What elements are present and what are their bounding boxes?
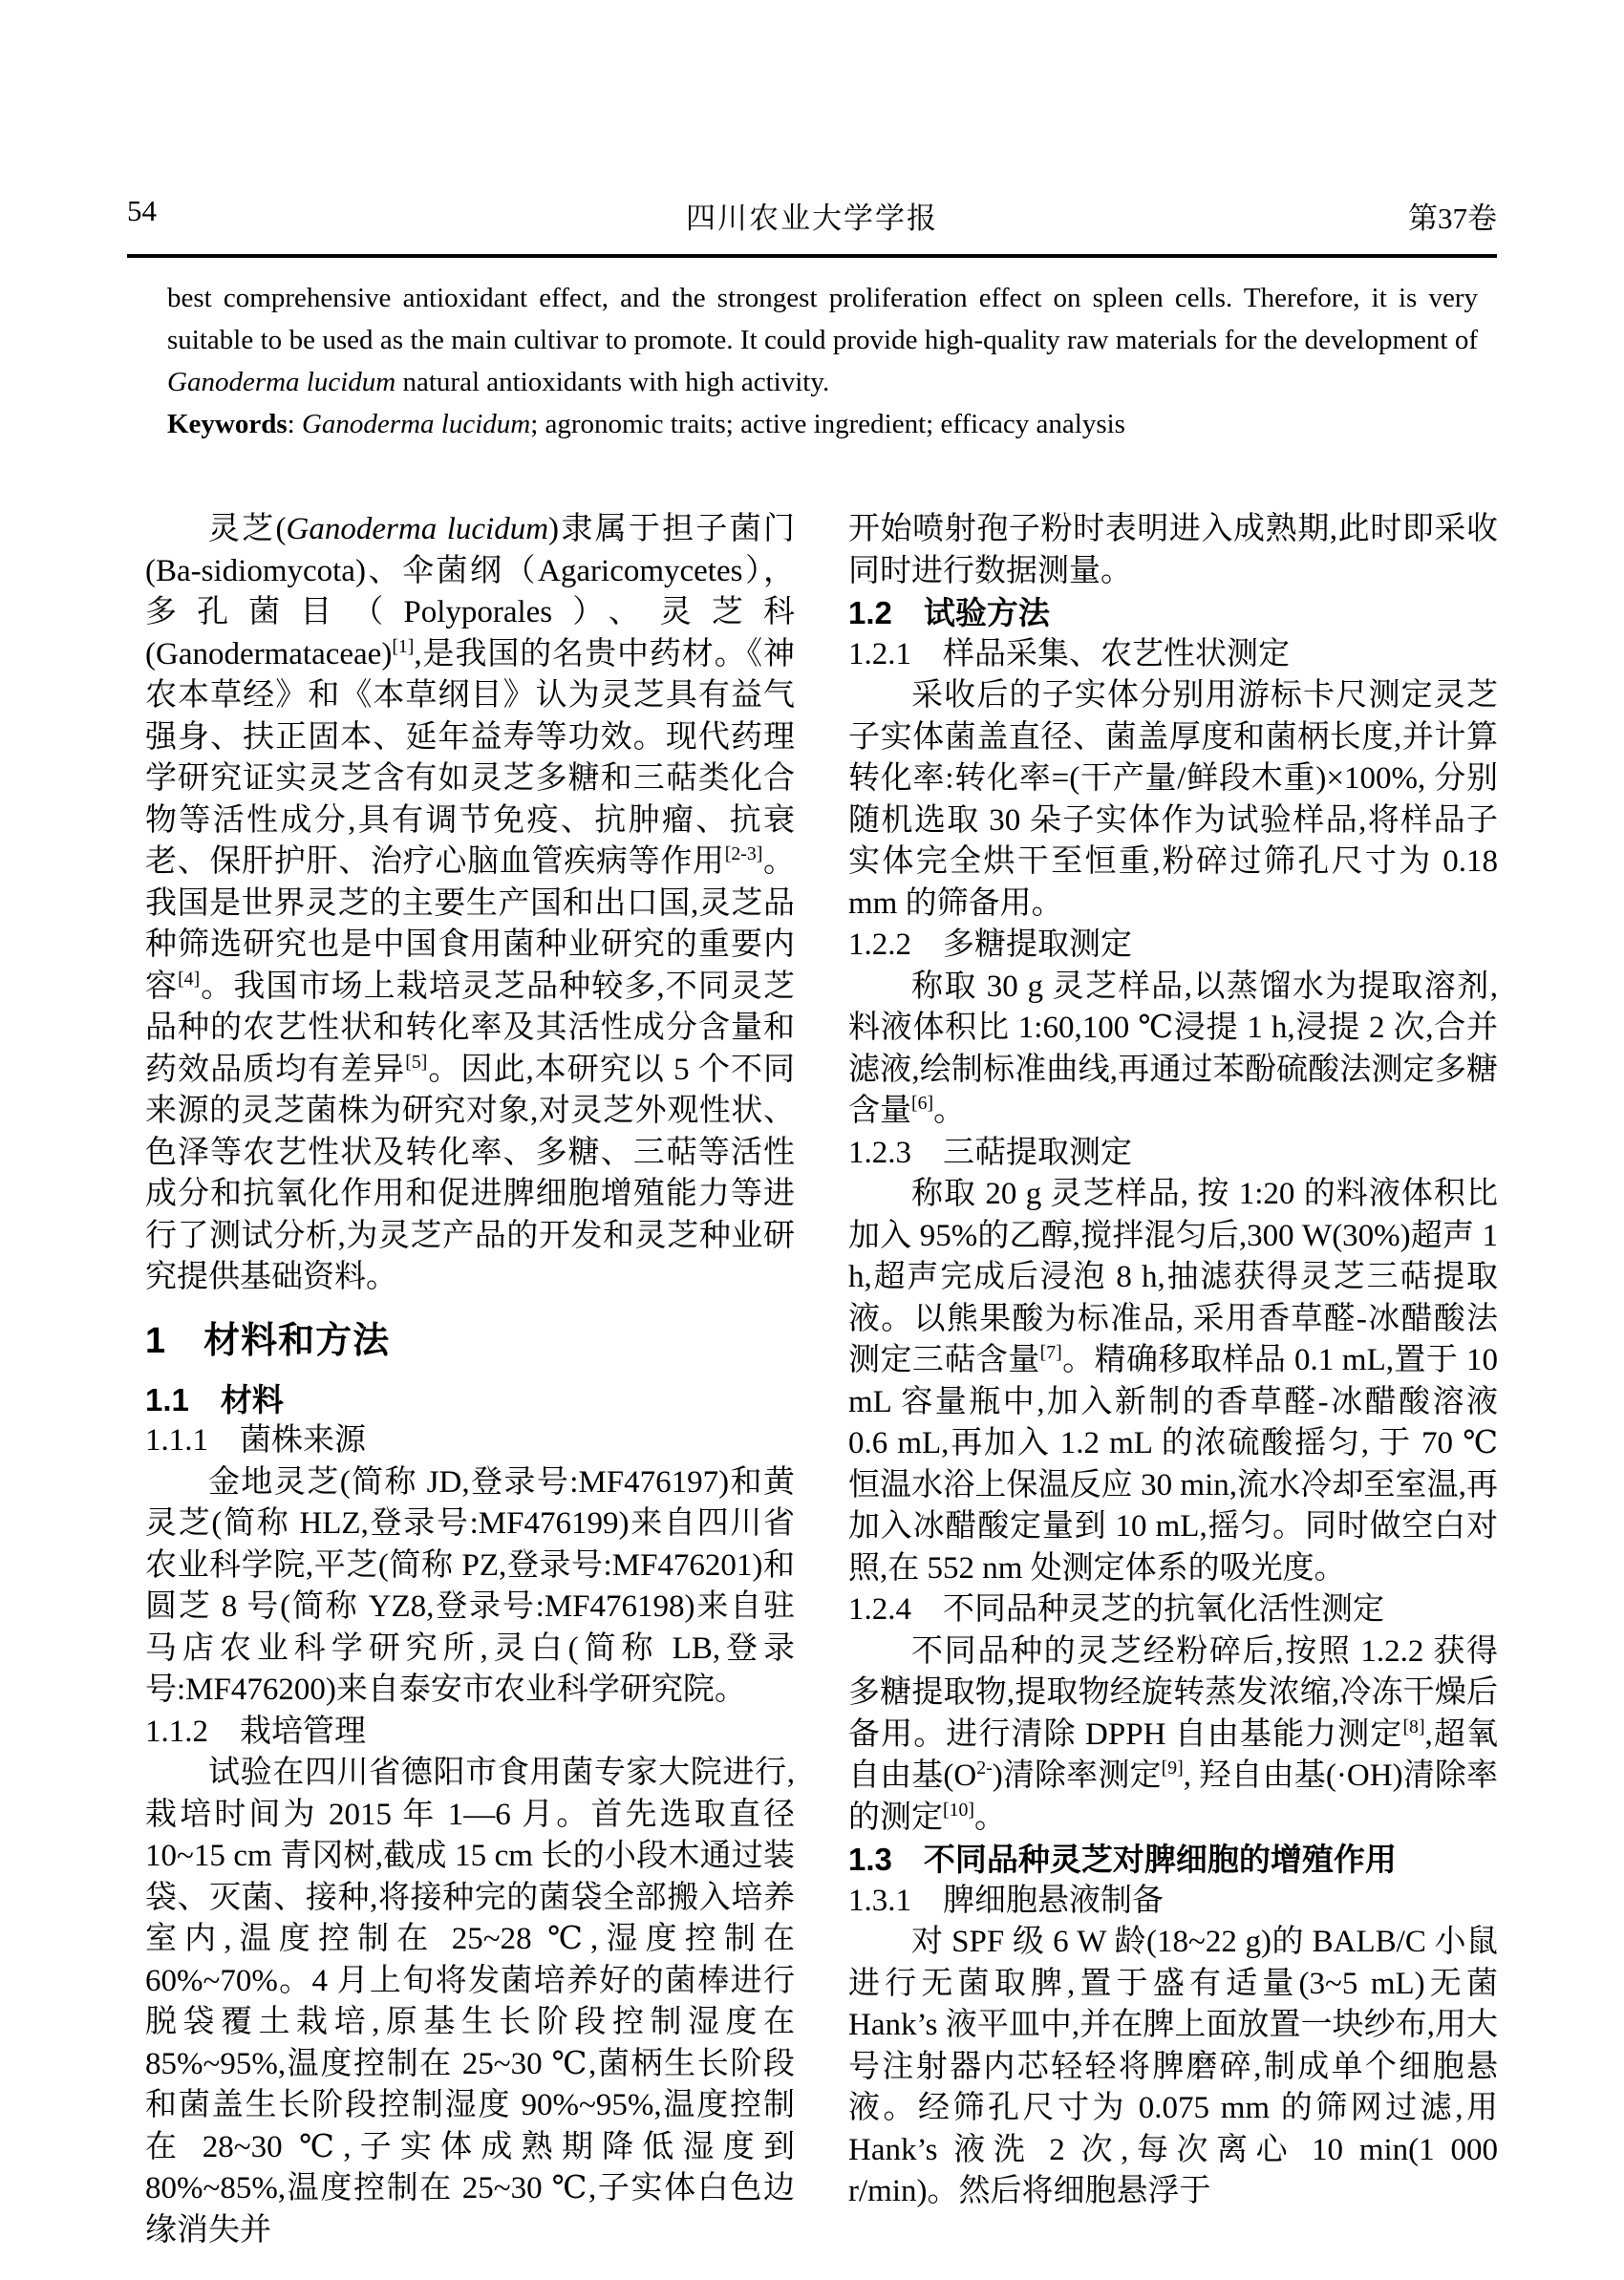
section-heading-2: 1.2 试验方法 — [848, 592, 1498, 634]
journal-page: 54 四川农业大学学报 第37卷 best comprehensive anti… — [0, 0, 1624, 2280]
abstract-continuation: best comprehensive antioxidant effect, a… — [167, 277, 1478, 445]
section-heading-3: 1.2.3 三萜提取测定 — [848, 1133, 1498, 1175]
journal-title: 四川农业大学学报 — [127, 194, 1497, 237]
paragraph: 金地灵芝(简称 JD,登录号:MF476197)和黄灵芝(简称 HLZ,登录号:… — [145, 1462, 795, 1712]
section-heading-3: 1.1.1 菌株来源 — [145, 1420, 795, 1462]
keywords-line: Keywords: Ganoderma lucidum; agronomic t… — [167, 403, 1478, 445]
right-column: 开始喷射孢子粉时表明进入成熟期,此时即采收同时进行数据测量。1.2 试验方法1.… — [848, 509, 1498, 2251]
page-header: 54 四川农业大学学报 第37卷 — [127, 194, 1497, 232]
section-heading-2: 1.1 材料 — [145, 1379, 795, 1421]
section-heading-1: 1 材料和方法 — [145, 1319, 795, 1363]
header-rule — [127, 254, 1497, 258]
section-heading-3: 1.2.2 多糖提取测定 — [848, 925, 1498, 967]
paragraph: 灵芝(Ganoderma lucidum)隶属于担子菌门(Ba-sidiomyc… — [145, 509, 795, 1299]
paragraph: 不同品种的灵芝经粉碎后,按照 1.2.2 获得多糖提取物,提取物经旋转蒸发浓缩,… — [848, 1631, 1498, 1840]
section-heading-2: 1.3 不同品种灵芝对脾细胞的增殖作用 — [848, 1839, 1498, 1881]
section-heading-3: 1.3.1 脾细胞悬液制备 — [848, 1881, 1498, 1923]
section-heading-3: 1.2.1 样品采集、农艺性状测定 — [848, 634, 1498, 676]
paragraph: 试验在四川省德阳市食用菌专家大院进行,栽培时间为 2015 年 1—6 月。首先… — [145, 1753, 795, 2251]
abstract-text: best comprehensive antioxidant effect, a… — [167, 277, 1478, 403]
left-column: 灵芝(Ganoderma lucidum)隶属于担子菌门(Ba-sidiomyc… — [145, 509, 795, 2251]
section-heading-3: 1.1.2 栽培管理 — [145, 1712, 795, 1754]
section-heading-3: 1.2.4 不同品种灵芝的抗氧化活性测定 — [848, 1589, 1498, 1631]
paragraph: 称取 30 g 灵芝样品,以蒸馏水为提取溶剂,料液体积比 1:60,100 ℃浸… — [848, 967, 1498, 1133]
paragraph: 采收后的子实体分别用游标卡尺测定灵芝子实体菌盖直径、菌盖厚度和菌柄长度,并计算转… — [848, 675, 1498, 925]
two-column-body: 灵芝(Ganoderma lucidum)隶属于担子菌门(Ba-sidiomyc… — [145, 509, 1498, 2251]
paragraph: 对 SPF 级 6 W 龄(18~22 g)的 BALB/C 小鼠进行无菌取脾,… — [848, 1922, 1498, 2213]
paragraph: 开始喷射孢子粉时表明进入成熟期,此时即采收同时进行数据测量。 — [848, 509, 1498, 592]
volume-number: 第37卷 — [1408, 194, 1497, 237]
paragraph: 称取 20 g 灵芝样品, 按 1:20 的料液体积比加入 95%的乙醇,搅拌混… — [848, 1174, 1498, 1589]
